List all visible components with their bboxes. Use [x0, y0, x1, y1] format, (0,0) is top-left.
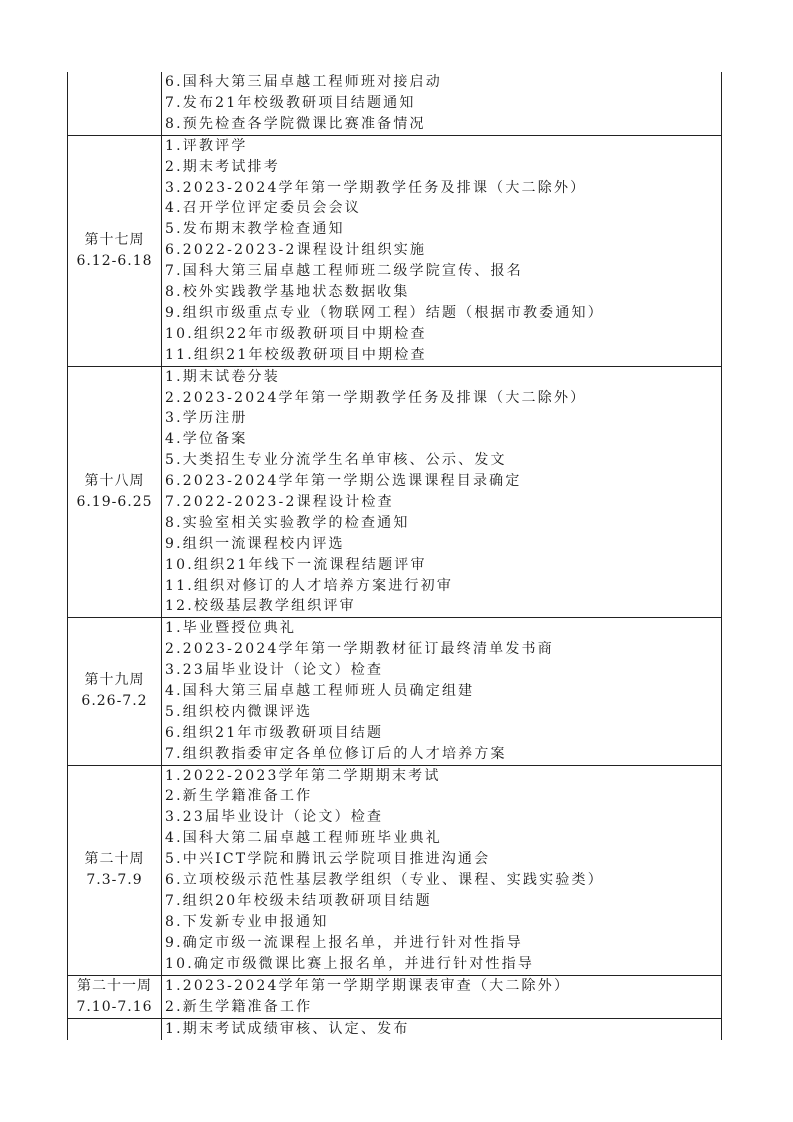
task-item: 9.组织一流课程校内评选 — [165, 534, 721, 555]
task-item: 1.毕业暨授位典礼 — [165, 618, 721, 639]
tasks-cell: 6.国科大第三届卓越工程师班对接启动 7.发布21年校级教研项目结题通知 8.预… — [162, 72, 722, 135]
task-item: 6.组织21年市级教研项目结题 — [165, 723, 721, 744]
task-item: 4.国科大第三届卓越工程师班人员确定组建 — [165, 681, 721, 702]
document-page: 6.国科大第三届卓越工程师班对接启动 7.发布21年校级教研项目结题通知 8.预… — [0, 0, 793, 1122]
task-item: 4.国科大第二届卓越工程师班毕业典礼 — [165, 828, 721, 849]
task-item: 5.中兴ICT学院和腾讯云学院项目推进沟通会 — [165, 849, 721, 870]
task-item: 1.2022-2023学年第二学期期末考试 — [165, 766, 721, 787]
task-item: 10.组织21年线下一流课程结题评审 — [165, 555, 721, 576]
task-item: 2.2023-2024学年第一学期教学任务及排课（大二除外） — [165, 388, 721, 409]
schedule-row-continues: 1.期末考试成绩审核、认定、发布 — [68, 1018, 722, 1040]
week-cell: 第二十周 7.3-7.9 — [68, 765, 162, 975]
schedule-row-week-21: 第二十一周 7.10-7.16 1.2023-2024学年第一学期学期课表审查（… — [68, 975, 722, 1018]
task-item: 3.2023-2024学年第一学期教学任务及排课（大二除外） — [165, 178, 721, 199]
task-item: 8.校外实践教学基地状态数据收集 — [165, 282, 721, 303]
week-name: 第十九周 — [68, 670, 161, 691]
week-date: 7.3-7.9 — [68, 870, 161, 891]
task-item: 11.组织21年校级教研项目中期检查 — [165, 345, 721, 366]
task-item: 1.评教评学 — [165, 136, 721, 157]
task-item: 1.期末试卷分装 — [165, 367, 721, 388]
tasks-cell: 1.毕业暨授位典礼 2.2023-2024学年第一学期教材征订最终清单发书商 3… — [162, 618, 722, 765]
task-item: 10.组织22年市级教研项目中期检查 — [165, 324, 721, 345]
week-date: 6.19-6.25 — [68, 492, 161, 513]
task-item: 7.组织20年校级未结项教研项目结题 — [165, 891, 721, 912]
task-item: 7.2022-2023-2课程设计检查 — [165, 492, 721, 513]
task-item: 2.新生学籍准备工作 — [165, 997, 721, 1018]
tasks-cell: 1.期末考试成绩审核、认定、发布 — [162, 1018, 722, 1040]
week-cell: 第二十一周 7.10-7.16 — [68, 975, 162, 1018]
task-item: 9.组织市级重点专业（物联网工程）结题（根据市教委通知） — [165, 303, 721, 324]
week-date: 7.10-7.16 — [68, 997, 161, 1018]
task-item: 2.期末考试排考 — [165, 157, 721, 178]
task-item: 2.新生学籍准备工作 — [165, 786, 721, 807]
week-cell — [68, 1018, 162, 1040]
week-name: 第十七周 — [68, 230, 161, 251]
task-item: 1.2023-2024学年第一学期学期课表审查（大二除外） — [165, 976, 721, 997]
schedule-row-continued: 6.国科大第三届卓越工程师班对接启动 7.发布21年校级教研项目结题通知 8.预… — [68, 72, 722, 135]
task-item: 3.23届毕业设计（论文）检查 — [165, 660, 721, 681]
week-cell: 第十九周 6.26-7.2 — [68, 618, 162, 765]
week-date: 6.26-7.2 — [68, 691, 161, 712]
task-item: 8.下发新专业申报通知 — [165, 912, 721, 933]
schedule-row-week-18: 第十八周 6.19-6.25 1.期末试卷分装 2.2023-2024学年第一学… — [68, 366, 722, 618]
week-cell: 第十八周 6.19-6.25 — [68, 366, 162, 618]
task-item: 11.组织对修订的人才培养方案进行初审 — [165, 576, 721, 597]
task-item: 8.实验室相关实验教学的检查通知 — [165, 513, 721, 534]
task-item: 6.立项校级示范性基层教学组织（专业、课程、实践实验类） — [165, 870, 721, 891]
schedule-row-week-19: 第十九周 6.26-7.2 1.毕业暨授位典礼 2.2023-2024学年第一学… — [68, 618, 722, 765]
week-cell: 第十七周 6.12-6.18 — [68, 135, 162, 366]
task-item: 8.预先检查各学院微课比赛准备情况 — [165, 114, 721, 135]
task-item: 7.组织教指委审定各单位修订后的人才培养方案 — [165, 744, 721, 765]
task-item: 3.23届毕业设计（论文）检查 — [165, 807, 721, 828]
task-item: 7.国科大第三届卓越工程师班二级学院宣传、报名 — [165, 261, 721, 282]
week-cell — [68, 72, 162, 135]
tasks-cell: 1.评教评学 2.期末考试排考 3.2023-2024学年第一学期教学任务及排课… — [162, 135, 722, 366]
week-name: 第二十一周 — [68, 976, 161, 997]
week-name: 第十八周 — [68, 471, 161, 492]
task-item: 4.学位备案 — [165, 429, 721, 450]
task-item: 6.2023-2024学年第一学期公选课课程目录确定 — [165, 471, 721, 492]
tasks-cell: 1.2023-2024学年第一学期学期课表审查（大二除外） 2.新生学籍准备工作 — [162, 975, 722, 1018]
task-item: 2.2023-2024学年第一学期教材征订最终清单发书商 — [165, 639, 721, 660]
schedule-row-week-20: 第二十周 7.3-7.9 1.2022-2023学年第二学期期末考试 2.新生学… — [68, 765, 722, 975]
task-item: 5.组织校内微课评选 — [165, 702, 721, 723]
task-item: 10.确定市级微课比赛上报名单，并进行针对性指导 — [165, 954, 721, 975]
task-item: 12.校级基层教学组织评审 — [165, 596, 721, 617]
task-item: 9.确定市级一流课程上报名单，并进行针对性指导 — [165, 933, 721, 954]
task-item: 1.期末考试成绩审核、认定、发布 — [165, 1019, 721, 1040]
tasks-cell: 1.期末试卷分装 2.2023-2024学年第一学期教学任务及排课（大二除外） … — [162, 366, 722, 618]
task-item: 7.发布21年校级教研项目结题通知 — [165, 93, 721, 114]
task-item: 5.大类招生专业分流学生名单审核、公示、发文 — [165, 450, 721, 471]
work-schedule-table: 6.国科大第三届卓越工程师班对接启动 7.发布21年校级教研项目结题通知 8.预… — [67, 72, 722, 1040]
schedule-row-week-17: 第十七周 6.12-6.18 1.评教评学 2.期末考试排考 3.2023-20… — [68, 135, 722, 366]
task-item: 6.2022-2023-2课程设计组织实施 — [165, 240, 721, 261]
week-date: 6.12-6.18 — [68, 251, 161, 272]
task-item: 6.国科大第三届卓越工程师班对接启动 — [165, 72, 721, 93]
tasks-cell: 1.2022-2023学年第二学期期末考试 2.新生学籍准备工作 3.23届毕业… — [162, 765, 722, 975]
task-item: 3.学历注册 — [165, 408, 721, 429]
week-name: 第二十周 — [68, 849, 161, 870]
task-item: 4.召开学位评定委员会会议 — [165, 198, 721, 219]
task-item: 5.发布期末教学检查通知 — [165, 219, 721, 240]
